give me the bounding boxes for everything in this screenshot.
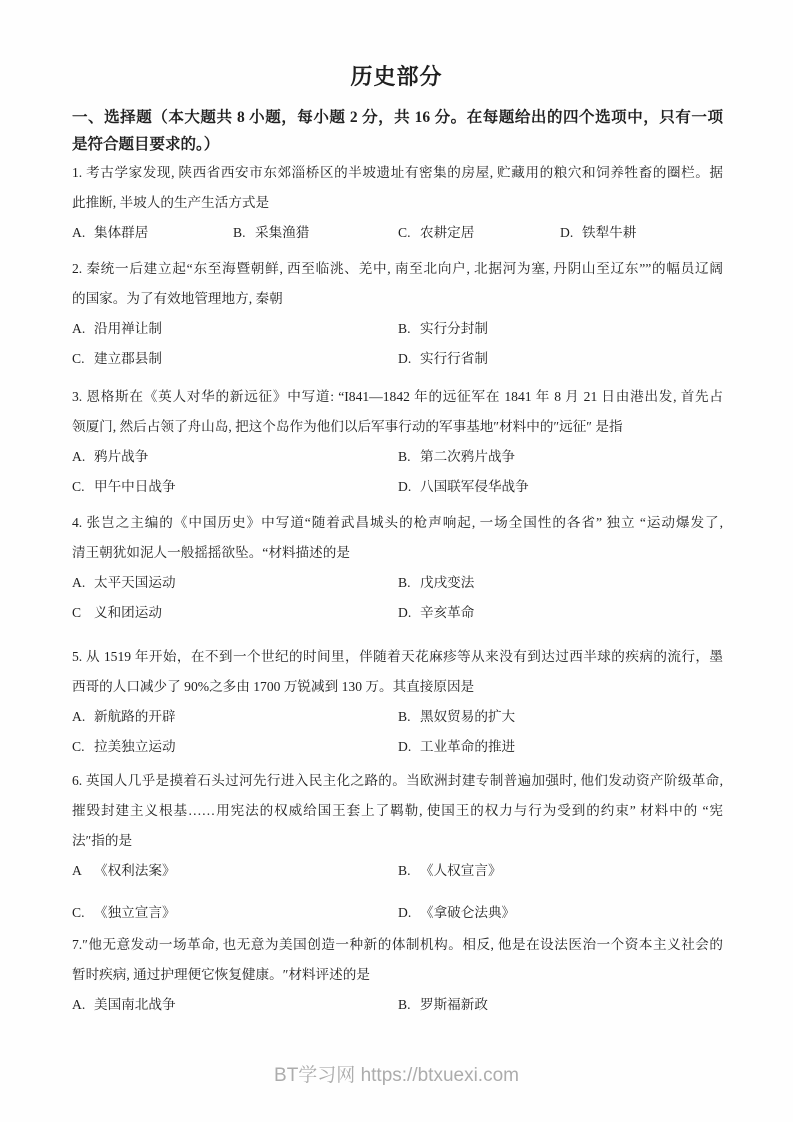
option-label: B. [398,702,412,732]
option-text: 辛亥革命 [420,605,474,620]
option-text: 实行行省制 [420,351,488,366]
exam-content: 一、选择题（本大题共 8 小题，每小题 2 分，共 16 分。在每题给出的四个选… [0,104,793,1020]
question-4-options-row: A.太平天国运动B.戊戌变法 [72,568,723,598]
question-1-option-a: A.集体群居 [72,218,233,248]
questions-container: 1. 考古学家发现, 陕西省西安市东郊淄桥区的半坡遗址有密集的房屋, 贮藏用的粮… [72,158,723,1020]
option-label: B. [398,856,412,886]
option-text: 《人权宣言》 [420,863,502,878]
question-2-options-row: C.建立郡县制D.实行行省制 [72,344,723,374]
option-label: A. [72,990,86,1020]
question-2-option-c: C.建立郡县制 [72,344,398,374]
question-6-option-d: D.《拿破仑法典》 [398,898,723,928]
question-2-text-line: 2. 秦统一后建立起“东至海暨朝鲜, 西至临洮、羌中, 南至北向户, 北据河为塞… [72,254,723,284]
option-text: 太平天国运动 [94,575,176,590]
option-text: 铁犁牛耕 [582,225,636,240]
option-text: 实行分封制 [420,321,488,336]
question-6-option-b: B.《人权宣言》 [398,856,723,886]
question-4-option-d: D.辛亥革命 [398,598,723,628]
question-6-option-a: A《权利法案》 [72,856,398,886]
option-text: 新航路的开辟 [94,709,176,724]
option-label: C. [72,344,86,374]
option-text: 拉美独立运动 [94,739,176,754]
option-text: 工业革命的推进 [420,739,515,754]
question-3-option-d: D.八国联军侵华战争 [398,472,723,502]
option-text: 第二次鸦片战争 [420,449,515,464]
question-1: 1. 考古学家发现, 陕西省西安市东郊淄桥区的半坡遗址有密集的房屋, 贮藏用的粮… [72,158,723,248]
question-5-option-c: C.拉美独立运动 [72,732,398,762]
option-label: A. [72,218,86,248]
option-text: 罗斯福新政 [420,997,488,1012]
question-7-options-row: A.美国南北战争B.罗斯福新政 [72,990,723,1020]
question-1-text-line: 1. 考古学家发现, 陕西省西安市东郊淄桥区的半坡遗址有密集的房屋, 贮藏用的粮… [72,158,723,188]
option-label: A [72,856,86,886]
option-text: 八国联军侵华战争 [420,479,529,494]
question-6-options-row: A《权利法案》B.《人权宣言》 [72,856,723,886]
question-7-text-line: 7.″他无意发动一场革命, 也无意为美国创造一种新的体制机构。相反, 他是在设法… [72,930,723,960]
option-label: B. [398,442,412,472]
option-text: 黑奴贸易的扩大 [420,709,515,724]
question-5-option-d: D.工业革命的推进 [398,732,723,762]
question-2-text-line: 的国家。为了有效地管理地方, 秦朝 [72,284,723,314]
option-label: C. [72,898,86,928]
option-text: 甲午中日战争 [94,479,176,494]
question-3-text-line: 3. 恩格斯在《英人对华的新远征》中写道: “I841—1842 年的远征军在 … [72,382,723,412]
question-5-text-line: 西哥的人口减少了 90%之多由 1700 万锐减到 130 万。其直接原因是 [72,672,723,702]
option-label: D. [398,732,412,762]
option-text: 建立郡县制 [94,351,162,366]
option-label: D. [398,472,412,502]
option-label: B. [398,990,412,1020]
page-title: 历史部分 [0,0,793,92]
option-label: B. [398,314,412,344]
option-label: B. [398,568,412,598]
question-7-option-b: B.罗斯福新政 [398,990,723,1020]
option-text: 义和团运动 [94,605,162,620]
question-3: 3. 恩格斯在《英人对华的新远征》中写道: “I841—1842 年的远征军在 … [72,382,723,502]
question-5: 5. 从 1519 年开始，在不到一个世纪的时间里，伴随着天花麻疹等从来没有到达… [72,642,723,762]
question-5-option-b: B.黑奴贸易的扩大 [398,702,723,732]
option-label: A. [72,442,86,472]
exam-page: 历史部分 一、选择题（本大题共 8 小题，每小题 2 分，共 16 分。在每题给… [0,0,793,1122]
question-2: 2. 秦统一后建立起“东至海暨朝鲜, 西至临洮、羌中, 南至北向户, 北据河为塞… [72,254,723,374]
question-3-option-a: A.鸦片战争 [72,442,398,472]
option-text: 农耕定居 [420,225,474,240]
question-4-text-line: 4. 张岂之主编的《中国历史》中写道“随着武昌城头的枪声响起, 一场全国性的各省… [72,508,723,538]
question-5-options-row: C.拉美独立运动D.工业革命的推进 [72,732,723,762]
question-5-text-line: 5. 从 1519 年开始，在不到一个世纪的时间里，伴随着天花麻疹等从来没有到达… [72,642,723,672]
option-label: A. [72,568,86,598]
question-7-text-line: 暂时疾病, 通过护理便它恢复健康。″材料评述的是 [72,960,723,990]
option-label: C [72,598,86,628]
question-6-text-line: 6. 英国人几乎是摸着石头过河先行进入民主化之路的。当欧洲封建专制普遍加强时, … [72,766,723,796]
option-label: A. [72,314,86,344]
question-2-options-row: A.沿用禅让制B.实行分封制 [72,314,723,344]
question-4: 4. 张岂之主编的《中国历史》中写道“随着武昌城头的枪声响起, 一场全国性的各省… [72,508,723,628]
question-1-text-line: 此推断, 半坡人的生产生活方式是 [72,188,723,218]
question-5-option-a: A.新航路的开辟 [72,702,398,732]
option-text: 《拿破仑法典》 [420,905,515,920]
question-6: 6. 英国人几乎是摸着石头过河先行进入民主化之路的。当欧洲封建专制普遍加强时, … [72,766,723,928]
option-label: A. [72,702,86,732]
question-1-option-d: D.铁犁牛耕 [560,218,723,248]
question-4-option-c: C义和团运动 [72,598,398,628]
question-1-options-row: A.集体群居B.采集渔猎C.农耕定居D.铁犁牛耕 [72,218,723,248]
question-3-option-c: C.甲午中日战争 [72,472,398,502]
option-text: 采集渔猎 [255,225,309,240]
question-4-options-row: C义和团运动D.辛亥革命 [72,598,723,628]
question-6-text-line: 摧毁封建主义根基……用宪法的权威给国王套上了羁勒, 使国王的权力与行为受到的约束… [72,796,723,826]
option-text: 美国南北战争 [94,997,176,1012]
question-6-text-line: 法″指的是 [72,826,723,856]
section-header-line: 一、选择题（本大题共 8 小题，每小题 2 分，共 16 分。在每题给出的四个选… [72,104,723,131]
option-label: D. [560,218,574,248]
question-3-options-row: C.甲午中日战争D.八国联军侵华战争 [72,472,723,502]
question-6-option-c: C.《独立宣言》 [72,898,398,928]
question-2-option-d: D.实行行省制 [398,344,723,374]
question-1-option-c: C.农耕定居 [398,218,560,248]
option-label: B. [233,218,247,248]
footer-watermark: BT学习网 https://btxuexi.com [0,1064,793,1088]
question-6-options-row: C.《独立宣言》D.《拿破仑法典》 [72,898,723,928]
option-label: D. [398,344,412,374]
option-text: 集体群居 [94,225,148,240]
question-4-option-b: B.戊戌变法 [398,568,723,598]
question-7-option-a: A.美国南北战争 [72,990,398,1020]
option-text: 鸦片战争 [94,449,148,464]
option-text: 戊戌变法 [420,575,474,590]
footer-watermark-text: BT学习网 https://btxuexi.com [274,1065,519,1086]
option-text: 《权利法案》 [94,863,176,878]
option-label: C. [72,472,86,502]
option-label: C. [398,218,412,248]
option-label: D. [398,598,412,628]
question-3-option-b: B.第二次鸦片战争 [398,442,723,472]
question-3-options-row: A.鸦片战争B.第二次鸦片战争 [72,442,723,472]
question-4-option-a: A.太平天国运动 [72,568,398,598]
option-label: D. [398,898,412,928]
option-label: C. [72,732,86,762]
option-text: 《独立宣言》 [94,905,176,920]
question-3-text-line: 领厦门, 然后占领了舟山岛, 把这个岛作为他们以后军事行动的军事基地″材料中的″… [72,412,723,442]
question-2-option-b: B.实行分封制 [398,314,723,344]
question-4-text-line: 清王朝犹如泥人一般摇摇欲坠。“材料描述的是 [72,538,723,568]
section-header-line: 是符合题目要求的。） [72,131,723,158]
question-5-options-row: A.新航路的开辟B.黑奴贸易的扩大 [72,702,723,732]
question-1-option-b: B.采集渔猎 [233,218,398,248]
option-text: 沿用禅让制 [94,321,162,336]
question-2-option-a: A.沿用禅让制 [72,314,398,344]
question-7: 7.″他无意发动一场革命, 也无意为美国创造一种新的体制机构。相反, 他是在设法… [72,930,723,1020]
section-header: 一、选择题（本大题共 8 小题，每小题 2 分，共 16 分。在每题给出的四个选… [72,104,723,158]
